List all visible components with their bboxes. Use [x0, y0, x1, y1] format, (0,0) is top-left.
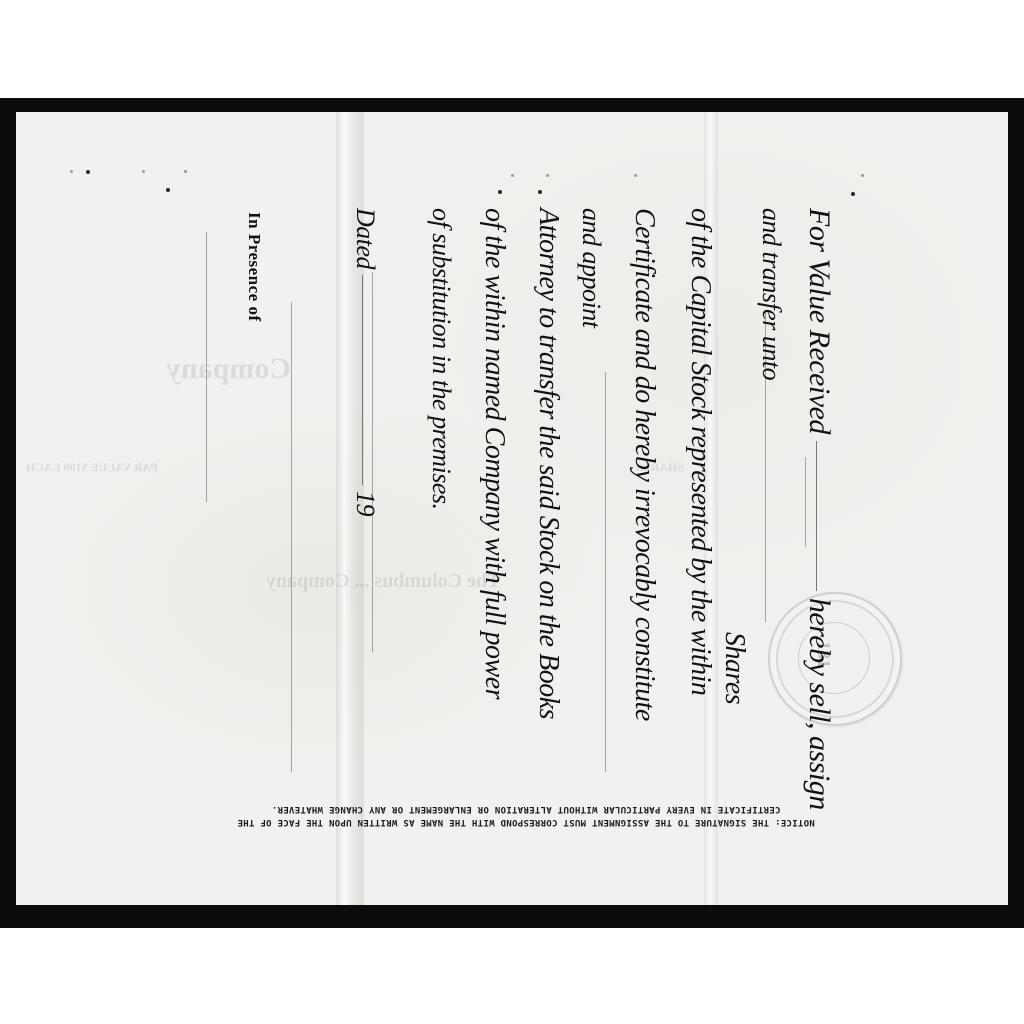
- date-blank: [362, 275, 364, 485]
- pin-hole: [166, 188, 170, 192]
- capital-stock-text: of the Capital Stock represented by the …: [684, 208, 716, 695]
- line-dated: Dated 19: [350, 208, 380, 516]
- notice-line-1: NOTICE: THE SIGNATURE TO THE ASSIGNMENT …: [206, 815, 846, 828]
- blank-line: [816, 441, 818, 591]
- pin-hole: [184, 170, 187, 173]
- photo-backdrop: Company PAR VALUE $100 EACH SHARES The C…: [0, 98, 1024, 928]
- shares-text: Shares: [718, 632, 750, 704]
- show-through-company-full: The Columbus ... Company: [266, 570, 501, 593]
- witness-signature-line-2: [206, 232, 207, 502]
- line-shares: Shares: [718, 632, 750, 704]
- pin-hole: [86, 170, 90, 174]
- in-presence-of-label: In Presence of: [244, 212, 264, 322]
- notice-line-2: CERTIFICATE IN EVERY PARTICULAR WITHOUT …: [206, 802, 846, 815]
- fill-in-line-attorney: [605, 372, 606, 772]
- transfer-unto-text: and transfer unto: [756, 208, 786, 380]
- pin-hole: [70, 170, 73, 173]
- pin-hole: [498, 190, 502, 194]
- pin-hole: [861, 174, 864, 177]
- attorney-transfer-text: Attorney to transfer the said Stock on t…: [532, 208, 564, 719]
- line-certificate-constitute: Certificate and do hereby irrevocably co…: [628, 208, 660, 721]
- line-within-named-company: of the within named Company with full po…: [478, 208, 510, 699]
- year-prefix: 19: [350, 491, 380, 516]
- for-value-received-text: For Value Received: [802, 208, 836, 434]
- witness-signature-line: [291, 302, 292, 772]
- show-through-par-value: PAR VALUE $100 EACH: [26, 460, 158, 475]
- pin-hole: [634, 174, 637, 177]
- pin-hole: [546, 174, 549, 177]
- line-substitution: of substitution in the premises.: [426, 208, 456, 510]
- pin-hole: [142, 170, 145, 173]
- line-for-value-received: For Value Received hereby sell, assign: [802, 208, 836, 810]
- dated-label: Dated: [350, 208, 380, 269]
- assignment-notice: NOTICE: THE SIGNATURE TO THE ASSIGNMENT …: [206, 802, 846, 828]
- pin-hole: [851, 192, 855, 196]
- line-and-appoint: and appoint: [576, 208, 606, 327]
- line-capital-stock: of the Capital Stock represented by the …: [684, 208, 716, 695]
- pin-hole: [511, 174, 514, 177]
- certificate-constitute-text: Certificate and do hereby irrevocably co…: [628, 208, 660, 721]
- and-appoint-text: and appoint: [576, 208, 606, 327]
- line-transfer-unto: and transfer unto: [756, 208, 786, 380]
- line-attorney-transfer: Attorney to transfer the said Stock on t…: [532, 208, 564, 719]
- pin-hole: [538, 190, 542, 194]
- certificate-back: Company PAR VALUE $100 EACH SHARES The C…: [16, 112, 1008, 905]
- within-named-company-text: of the within named Company with full po…: [478, 208, 510, 699]
- show-through-company-name: Company: [166, 352, 291, 386]
- sell-assign-text: hereby sell, assign: [802, 598, 836, 810]
- substitution-text: of substitution in the premises.: [426, 208, 456, 510]
